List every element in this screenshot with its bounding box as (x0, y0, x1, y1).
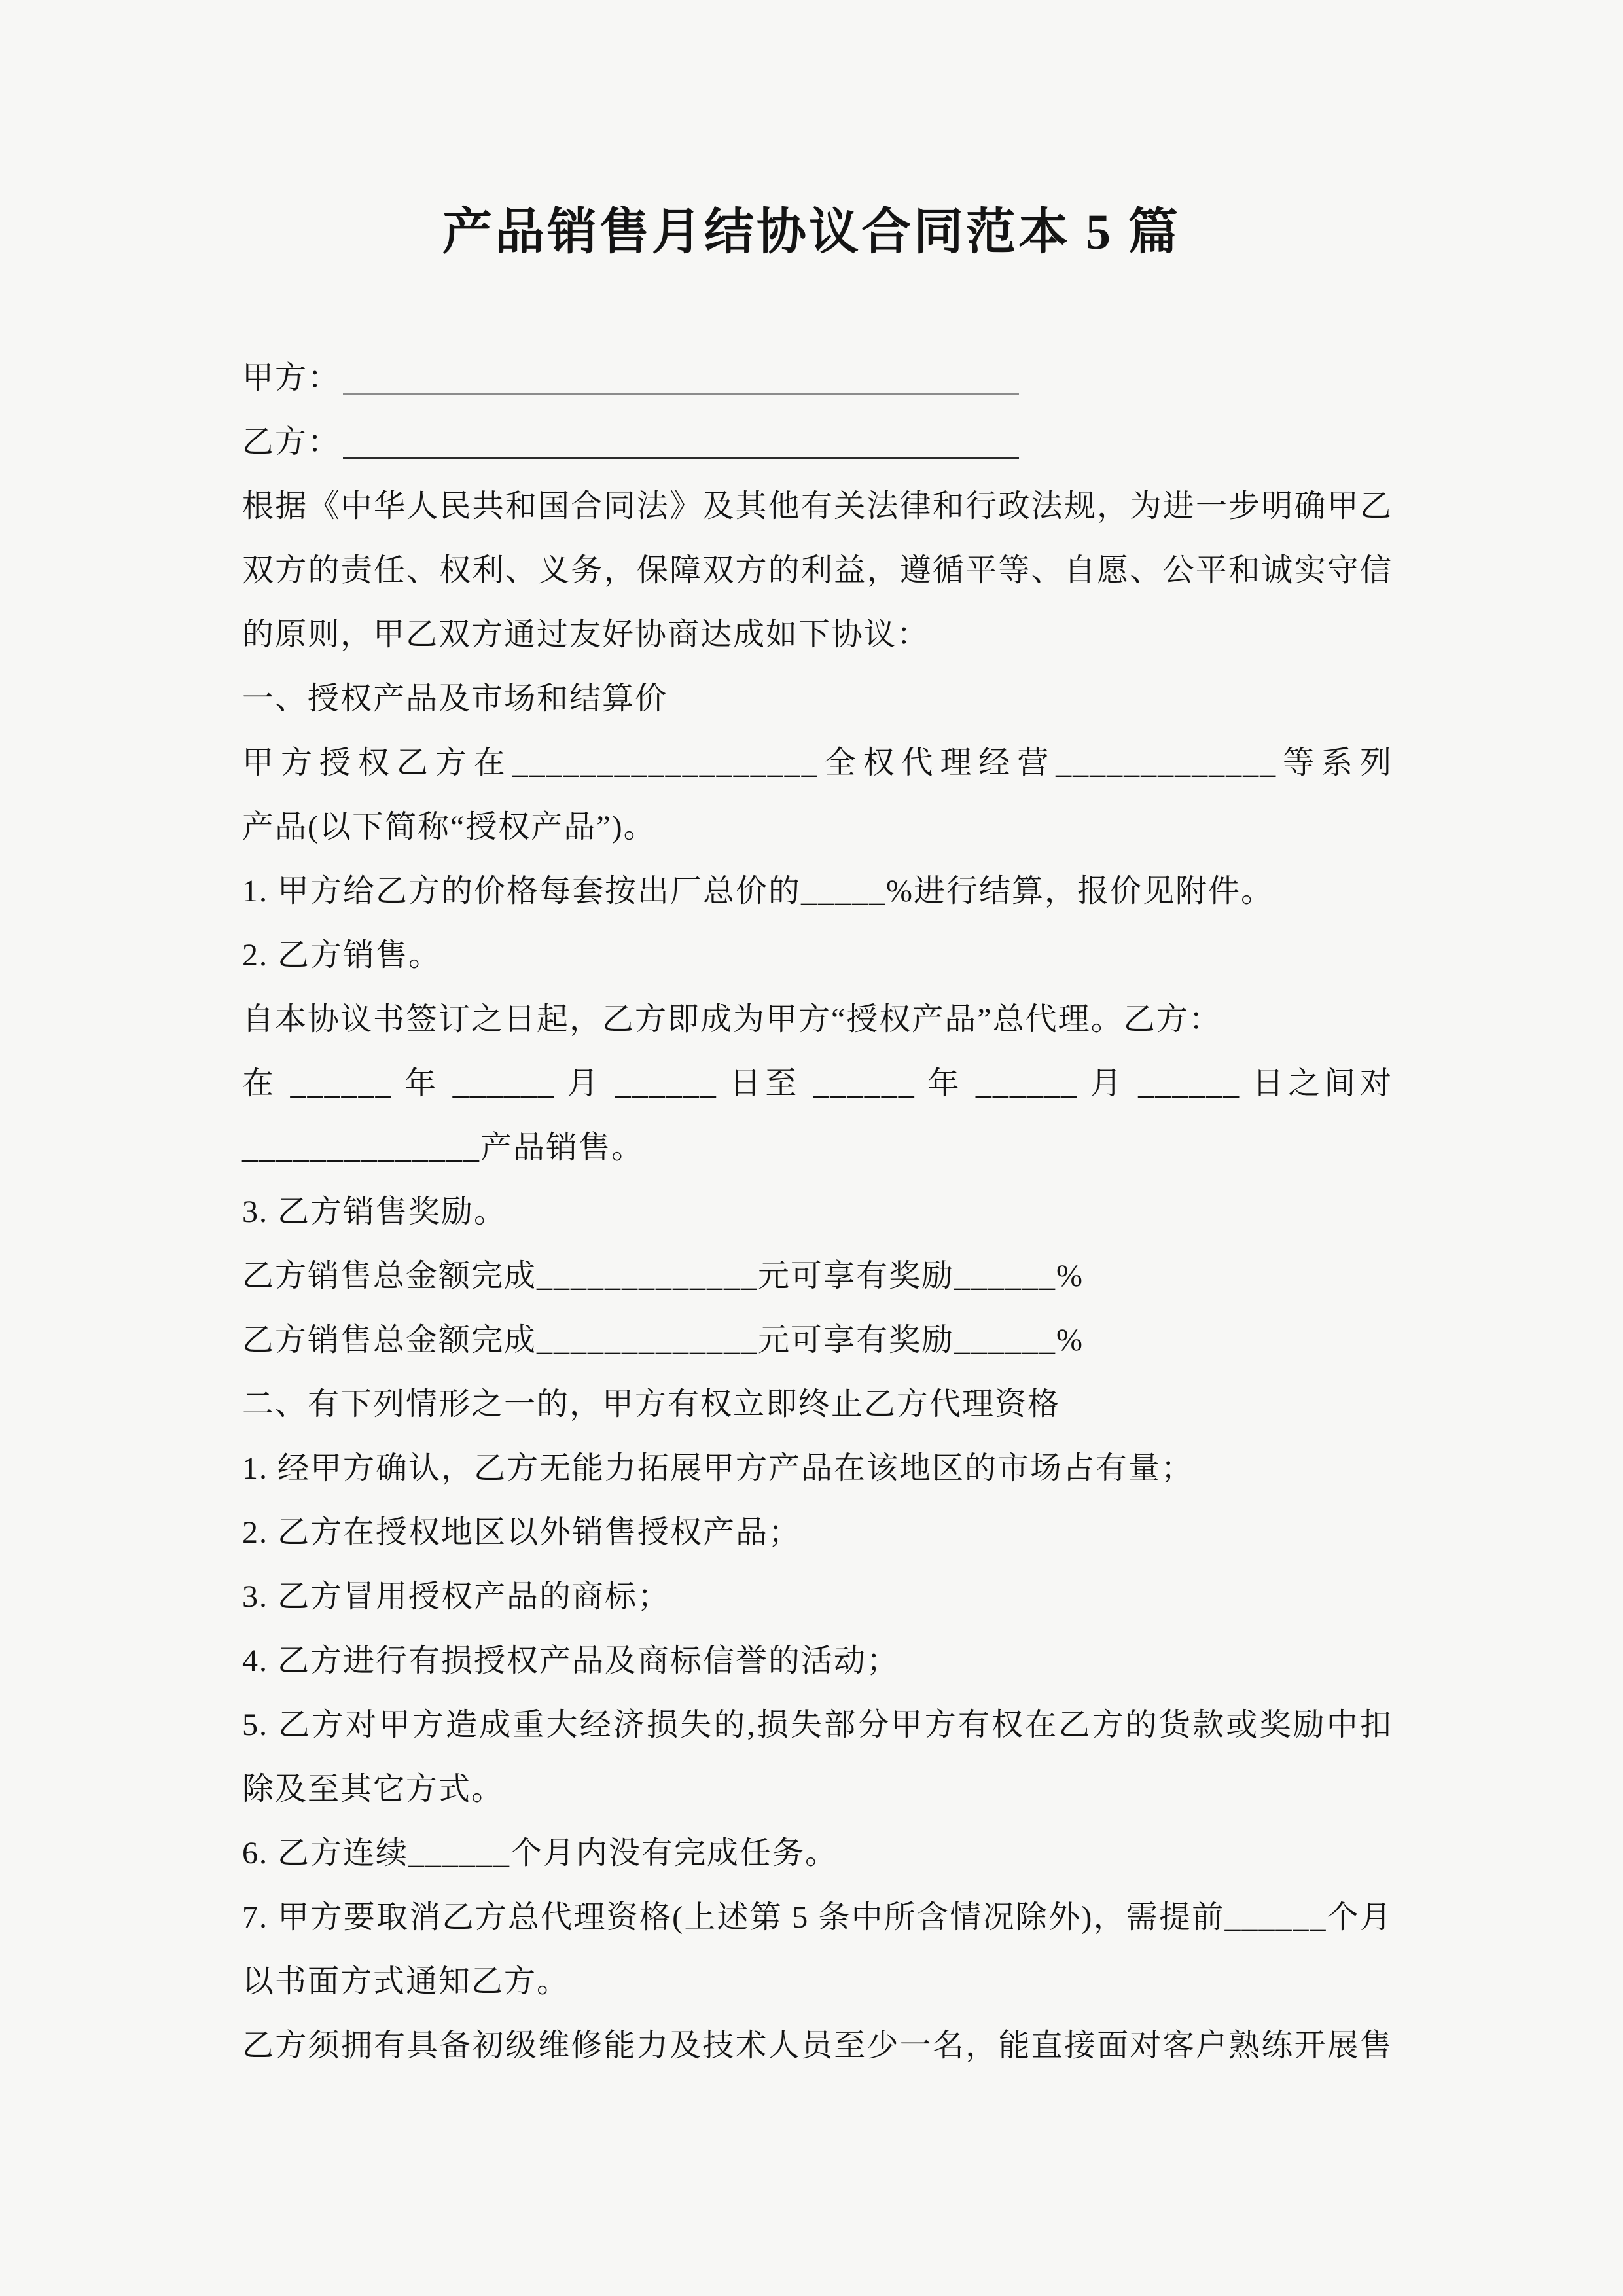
contract-clause-1-3: 3. 乙方销售奖励。 (242, 1180, 1393, 1244)
contract-page: 产品销售月结协议合同范本 5 篇 甲方： 乙方： 根据《中华人民共和国合同法》及… (0, 0, 1623, 2296)
contract-reward-line-1: 乙方销售总金额完成_____________元可享有奖励______% (242, 1244, 1393, 1308)
contract-clause-2-5-cont: 除及至其它方式。 (242, 1757, 1393, 1821)
party-a-label: 甲方： (242, 361, 340, 395)
contract-line-authorization-2: 产品(以下简称“授权产品”)。 (242, 795, 1393, 859)
contract-clause-2-5: 5. 乙方对甲方造成重大经济损失的,损失部分甲方有权在乙方的货款或奖励中扣 (242, 1693, 1393, 1757)
contract-line-dates-2: ______________产品销售。 (242, 1116, 1393, 1180)
contract-clause-2-6: 6. 乙方连续______个月内没有完成任务。 (242, 1821, 1393, 1886)
contract-body: 甲方： 乙方： 根据《中华人民共和国合同法》及其他有关法律和行政法规，为进一步明… (242, 346, 1393, 2078)
contract-section-1-heading: 一、授权产品及市场和结算价 (242, 667, 1393, 731)
contract-line-service-requirement: 乙方须拥有具备初级维修能力及技术人员至少一名，能直接面对客户熟练开展售 (242, 2014, 1393, 2078)
party-b-blank-line (343, 457, 1019, 459)
contract-line-preamble-1: 根据《中华人民共和国合同法》及其他有关法律和行政法规，为进一步明确甲乙 (242, 475, 1393, 539)
contract-clause-2-3: 3. 乙方冒用授权产品的商标； (242, 1565, 1393, 1629)
contract-line-authorization: 甲方授权乙方在__________________全权代理经营_________… (242, 731, 1393, 795)
party-a-blank-line (343, 393, 1019, 395)
contract-clause-2-4: 4. 乙方进行有损授权产品及商标信誉的活动； (242, 1629, 1393, 1693)
contract-reward-line-2: 乙方销售总金额完成_____________元可享有奖励______% (242, 1308, 1393, 1372)
contract-clause-1-2: 2. 乙方销售。 (242, 924, 1393, 988)
contract-clause-1-1: 1. 甲方给乙方的价格每套按出厂总价的_____%进行结算，报价见附件。 (242, 859, 1393, 924)
contract-clause-1-2-text: 自本协议书签订之日起，乙方即成为甲方“授权产品”总代理。乙方： (242, 988, 1393, 1052)
contract-clause-2-1: 1. 经甲方确认，乙方无能力拓展甲方产品在该地区的市场占有量； (242, 1437, 1393, 1501)
contract-clause-2-2: 2. 乙方在授权地区以外销售授权产品； (242, 1501, 1393, 1565)
document-title: 产品销售月结协议合同范本 5 篇 (0, 196, 1623, 268)
contract-line-preamble-2: 双方的责任、权利、义务，保障双方的利益，遵循平等、自愿、公平和诚实守信 (242, 539, 1393, 603)
contract-line-dates: 在 ______ 年 ______ 月 ______ 日至 ______ 年 _… (242, 1052, 1393, 1116)
contract-clause-2-7: 7. 甲方要取消乙方总代理资格(上述第 5 条中所含情况除外)，需提前_____… (242, 1886, 1393, 1950)
party-b-row: 乙方： (242, 410, 1393, 475)
party-b-label: 乙方： (242, 425, 340, 459)
party-a-row: 甲方： (242, 346, 1393, 410)
contract-line-preamble-3: 的原则，甲乙双方通过友好协商达成如下协议： (242, 603, 1393, 667)
contract-clause-2-7-cont: 以书面方式通知乙方。 (242, 1950, 1393, 2014)
contract-section-2-heading: 二、有下列情形之一的，甲方有权立即终止乙方代理资格 (242, 1372, 1393, 1437)
